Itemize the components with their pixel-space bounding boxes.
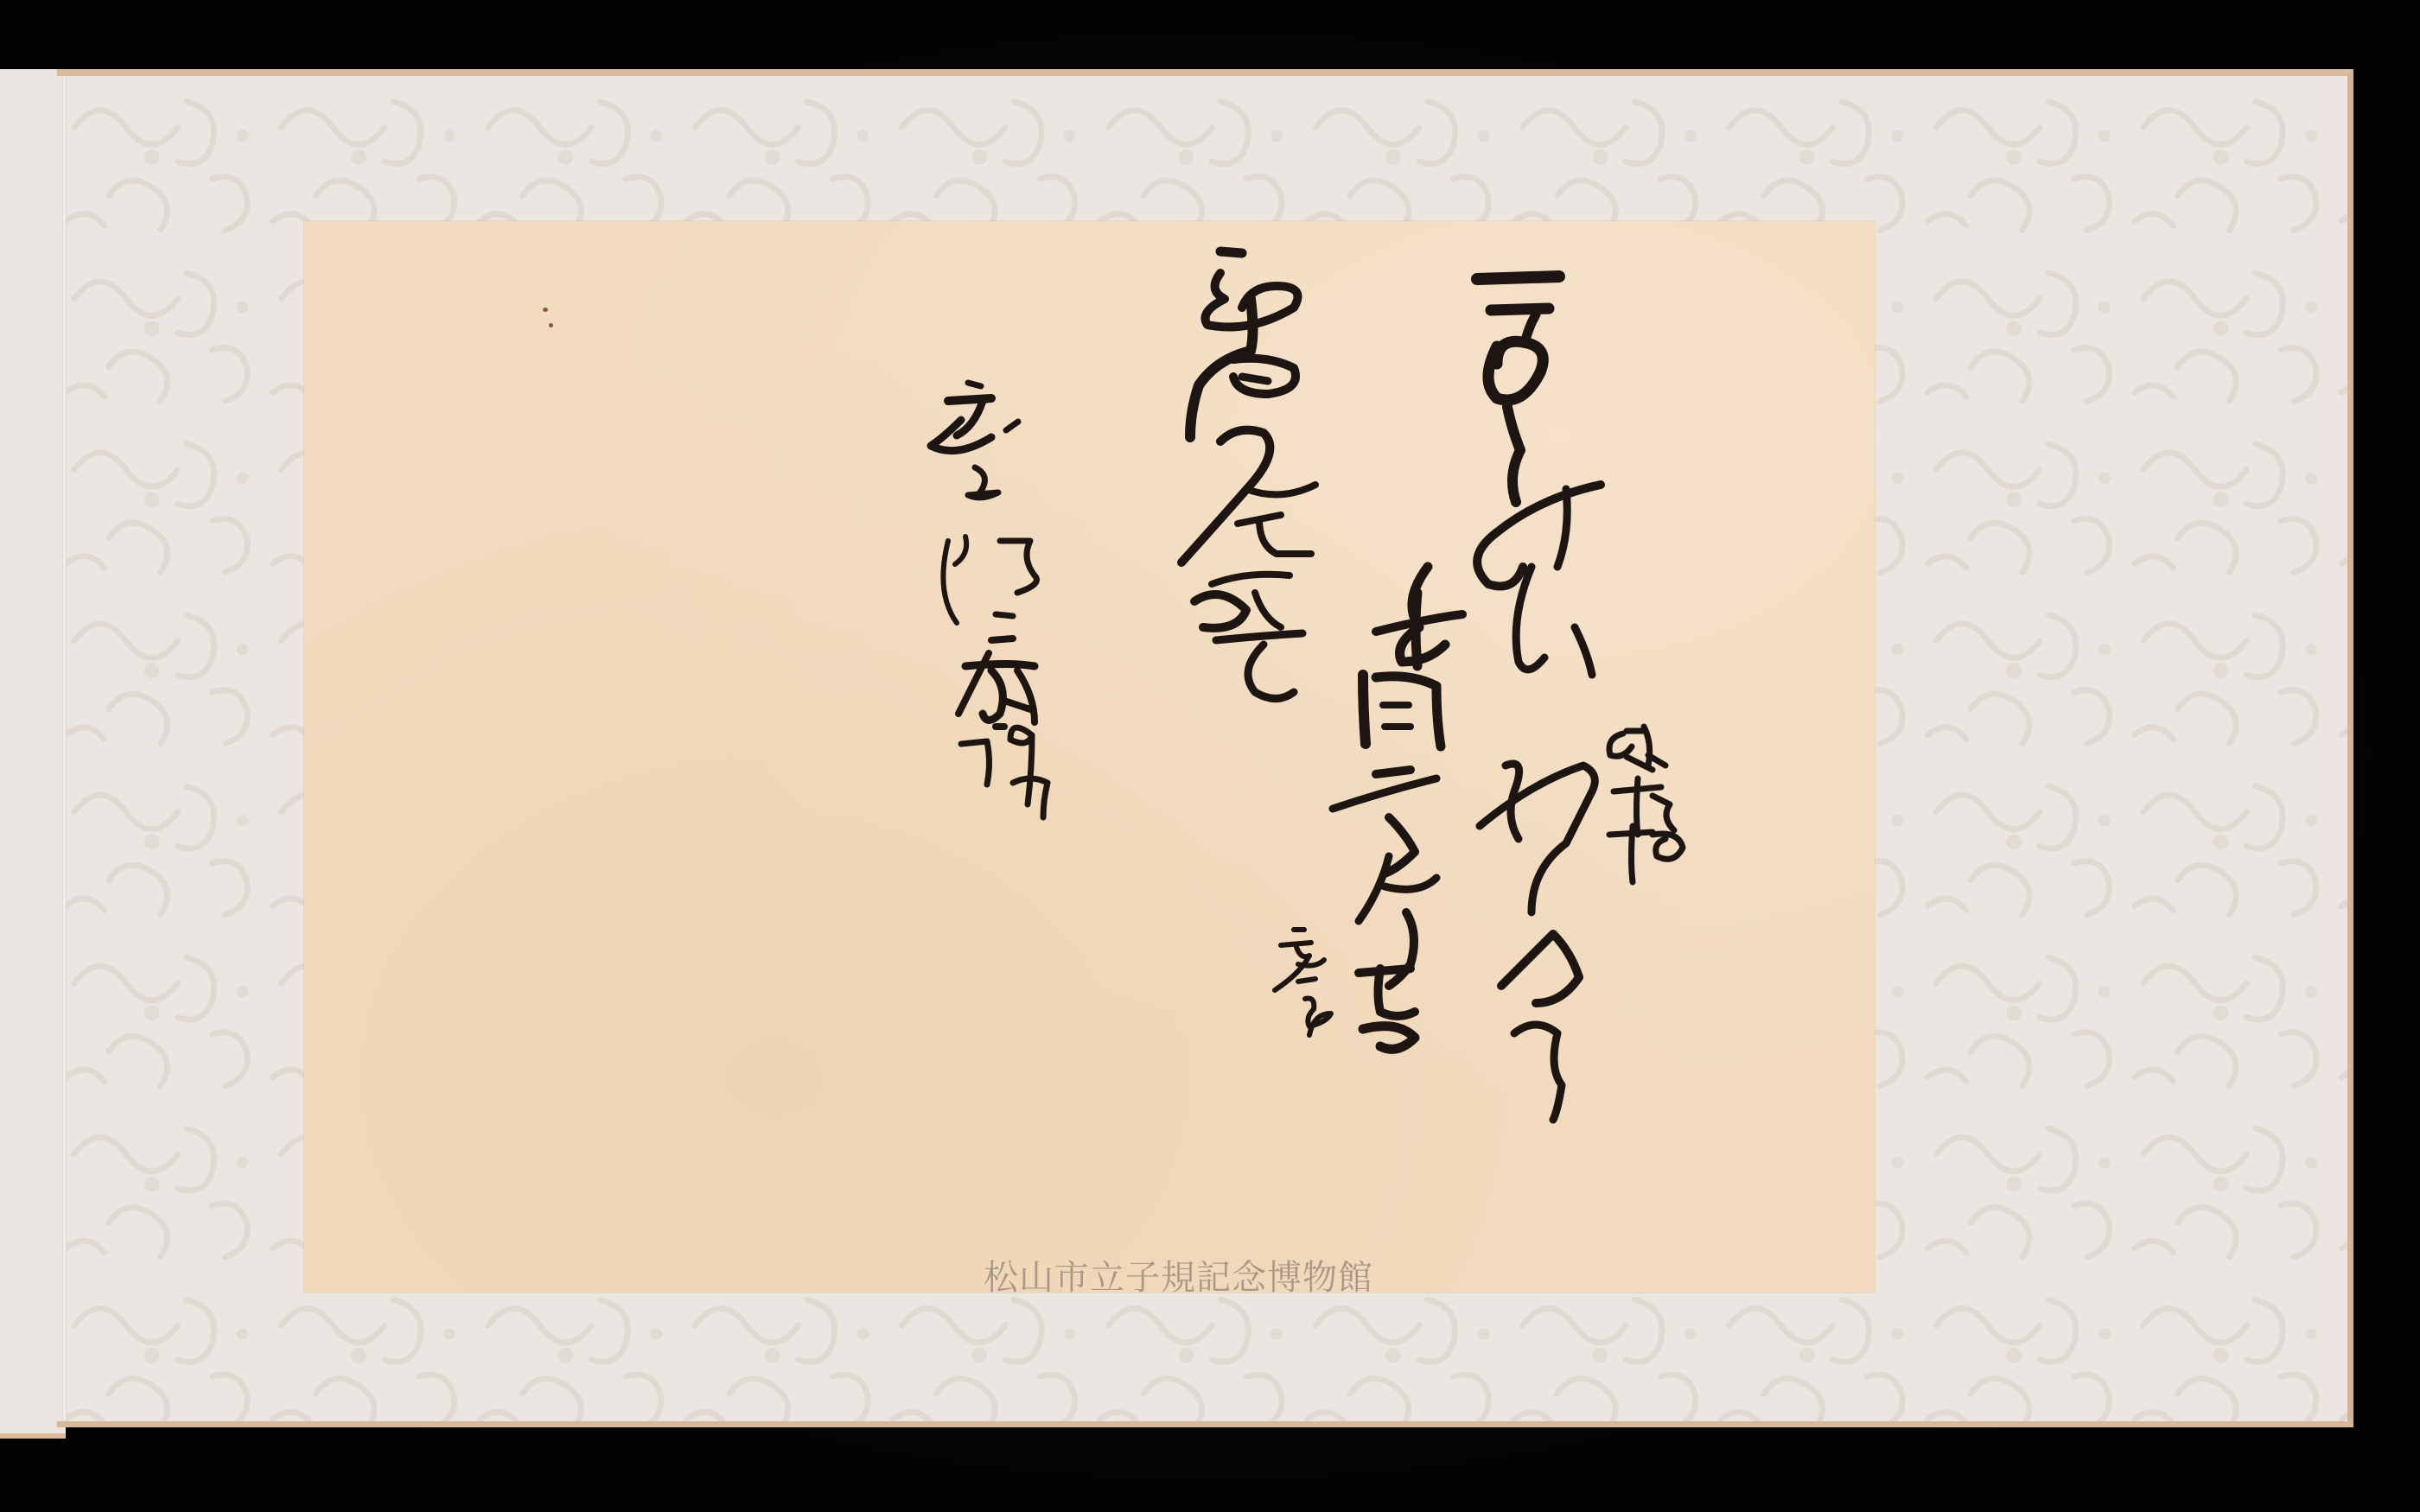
museum-watermark: 松山市立子規記念博物館: [984, 1250, 1373, 1299]
signature-hekigoto-strokes: [1609, 727, 1683, 882]
column-4-strokes: [931, 383, 1048, 817]
column-1-strokes: [1477, 276, 1601, 1120]
calligraphy-paper: 碧梧桐 虚子 二の午い新酒の 新酒の 新酒の人て酔てく 柿くへば子規病: [304, 221, 1875, 1293]
signature-kyoshi-strokes: [1275, 930, 1331, 1035]
stacked-album-pages: [0, 69, 66, 1439]
column-3-strokes: [1181, 251, 1315, 699]
page-fold-line: [62, 76, 67, 1420]
calligraphy-ink: [304, 221, 1875, 1293]
column-2-strokes: [1333, 567, 1462, 1049]
